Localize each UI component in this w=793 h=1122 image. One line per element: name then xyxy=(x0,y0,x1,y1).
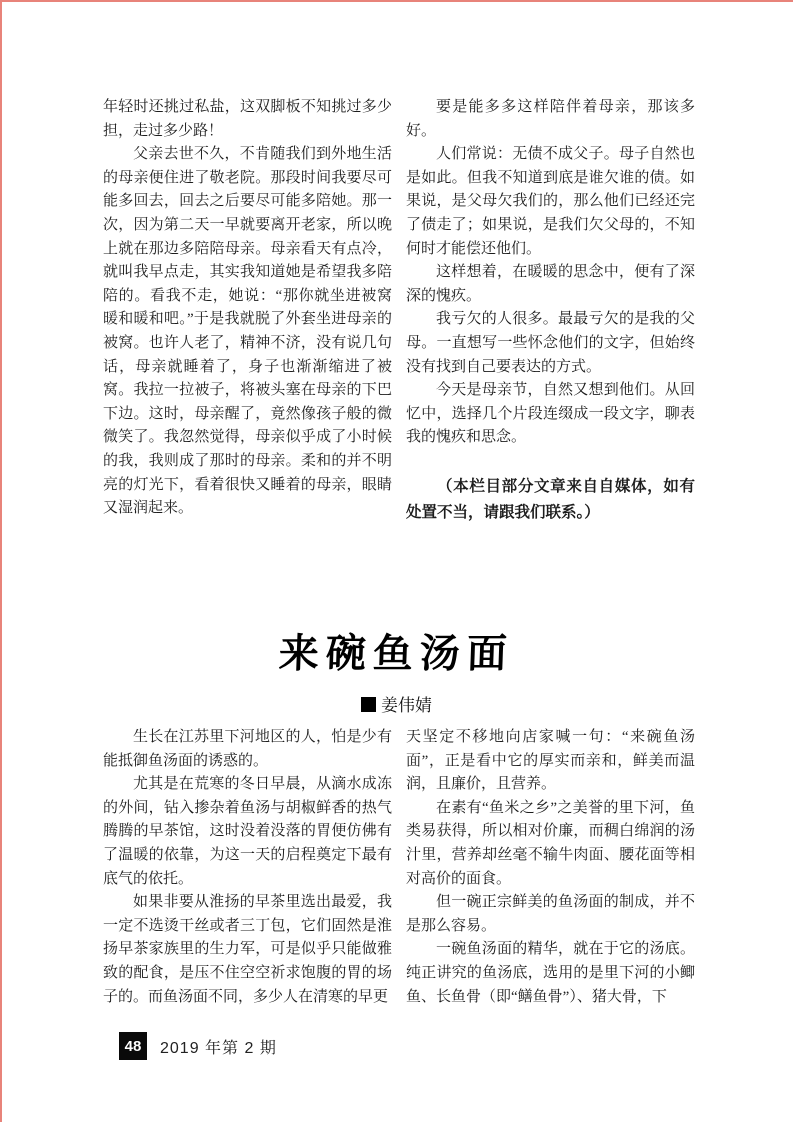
paragraph: 年轻时还挑过私盐，这双脚板不知挑过多少担，走过多少路！ xyxy=(103,96,392,143)
page-footer: 48 2019 年第 2 期 xyxy=(119,1032,277,1060)
paragraph: 父亲去世不久，不肯随我们到外地生活的母亲便住进了敬老院。那段时间我要尽可能多回去… xyxy=(103,143,392,521)
article-left-column: 生长在江苏里下河地区的人，怕是少有能抵御鱼汤面的诱惑的。 尤其是在荒寒的冬日早晨… xyxy=(103,726,392,1009)
editor-note: （本栏目部分文章来自自媒体，如有处置不当，请跟我们联系。） xyxy=(406,474,695,526)
paragraph: 这样想着，在暖暖的思念中，便有了深深的愧疚。 xyxy=(406,261,695,308)
paragraph: 生长在江苏里下河地区的人，怕是少有能抵御鱼汤面的诱惑的。 xyxy=(103,726,392,773)
issue-label: 2019 年第 2 期 xyxy=(160,1035,277,1058)
page-edge-line-top xyxy=(0,0,793,2)
paragraph: 尤其是在荒寒的冬日早晨，从滴水成冻的外间，钻入掺杂着鱼汤与胡椒鲜香的热气腾腾的早… xyxy=(103,773,392,891)
paragraph: 今天是母亲节，自然又想到他们。从回忆中，选择几个片段连缀成一段文字，聊表我的愧疚… xyxy=(406,379,695,450)
page-edge-line-left xyxy=(0,0,2,1122)
article-title: 来碗鱼汤面 xyxy=(278,622,515,679)
article-fish-soup-body: 生长在江苏里下河地区的人，怕是少有能抵御鱼汤面的诱惑的。 尤其是在荒寒的冬日早晨… xyxy=(103,726,695,1009)
author-marker-square xyxy=(361,697,376,712)
author-byline: 姜伟婧 xyxy=(0,691,793,716)
top-right-column: 要是能多多这样陪伴着母亲，那该多好。 人们常说：无债不成父子。母子自然也是如此。… xyxy=(406,96,695,526)
magazine-page: { "top_article": { "left_column": [ "年轻时… xyxy=(0,0,793,1122)
paragraph: 天坚定不移地向店家喊一句：“来碗鱼汤面”，正是看中它的厚实而亲和，鲜美而温润，且… xyxy=(406,726,695,797)
author-name: 姜伟婧 xyxy=(381,696,432,715)
top-article-continuation: 年轻时还挑过私盐，这双脚板不知挑过多少担，走过多少路！ 父亲去世不久，不肯随我们… xyxy=(103,96,695,526)
article-header: 来碗鱼汤面 姜伟婧 xyxy=(0,622,793,716)
paragraph: 我亏欠的人很多。最最亏欠的是我的父母。一直想写一些怀念他们的文字，但始终没有找到… xyxy=(406,308,695,379)
page-number-badge: 48 xyxy=(119,1032,147,1060)
paragraph: 人们常说：无债不成父子。母子自然也是如此。但我不知道到底是谁欠谁的债。如果说，是… xyxy=(406,143,695,261)
paragraph: 要是能多多这样陪伴着母亲，那该多好。 xyxy=(406,96,695,143)
top-left-column: 年轻时还挑过私盐，这双脚板不知挑过多少担，走过多少路！ 父亲去世不久，不肯随我们… xyxy=(103,96,392,526)
paragraph: 在素有“鱼米之乡”之美誉的里下河，鱼类易获得，所以相对价廉，而稠白绵润的汤汁里，… xyxy=(406,797,695,891)
paragraph: 一碗鱼汤面的精华，就在于它的汤底。纯正讲究的鱼汤底，选用的是里下河的小鲫鱼、长鱼… xyxy=(406,938,695,1009)
paragraph: 但一碗正宗鲜美的鱼汤面的制成，并不是那么容易。 xyxy=(406,891,695,938)
article-right-column: 天坚定不移地向店家喊一句：“来碗鱼汤面”，正是看中它的厚实而亲和，鲜美而温润，且… xyxy=(406,726,695,1009)
paragraph: 如果非要从淮扬的早茶里选出最爱，我一定不选烫干丝或者三丁包，它们固然是淮扬早茶家… xyxy=(103,891,392,1009)
